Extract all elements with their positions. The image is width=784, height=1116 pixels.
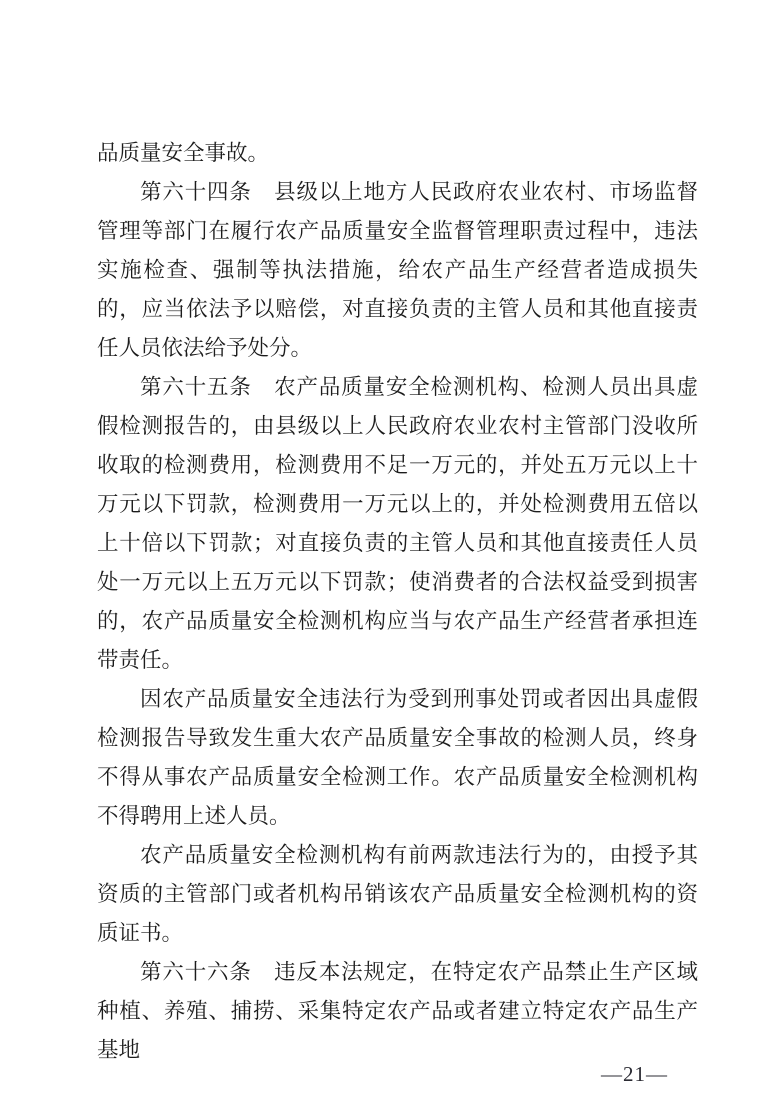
page-number: —21— <box>601 1062 668 1087</box>
body-text-block: 品质量安全事故。 第六十四条 县级以上地方人民政府农业农村、市场监督管理等部门在… <box>97 134 698 1070</box>
paragraph-carryover: 品质量安全事故。 <box>97 134 698 173</box>
paragraph-article-66-partial: 第六十六条 违反本法规定，在特定农产品禁止生产区域种植、养殖、捕捞、采集特定农产… <box>97 953 698 1070</box>
paragraph-article-65-clause-2: 因农产品质量安全违法行为受到刑事处罚或者因出具虚假检测报告导致发生重大农产品质量… <box>97 680 698 836</box>
paragraph-article-65-clause-3: 农产品质量安全检测机构有前两款违法行为的，由授予其资质的主管部门或者机构吊销该农… <box>97 836 698 953</box>
paragraph-article-64: 第六十四条 县级以上地方人民政府农业农村、市场监督管理等部门在履行农产品质量安全… <box>97 173 698 368</box>
paragraph-article-65-clause-1: 第六十五条 农产品质量安全检测机构、检测人员出具虚假检测报告的，由县级以上人民政… <box>97 368 698 680</box>
document-page: 品质量安全事故。 第六十四条 县级以上地方人民政府农业农村、市场监督管理等部门在… <box>0 0 784 1116</box>
